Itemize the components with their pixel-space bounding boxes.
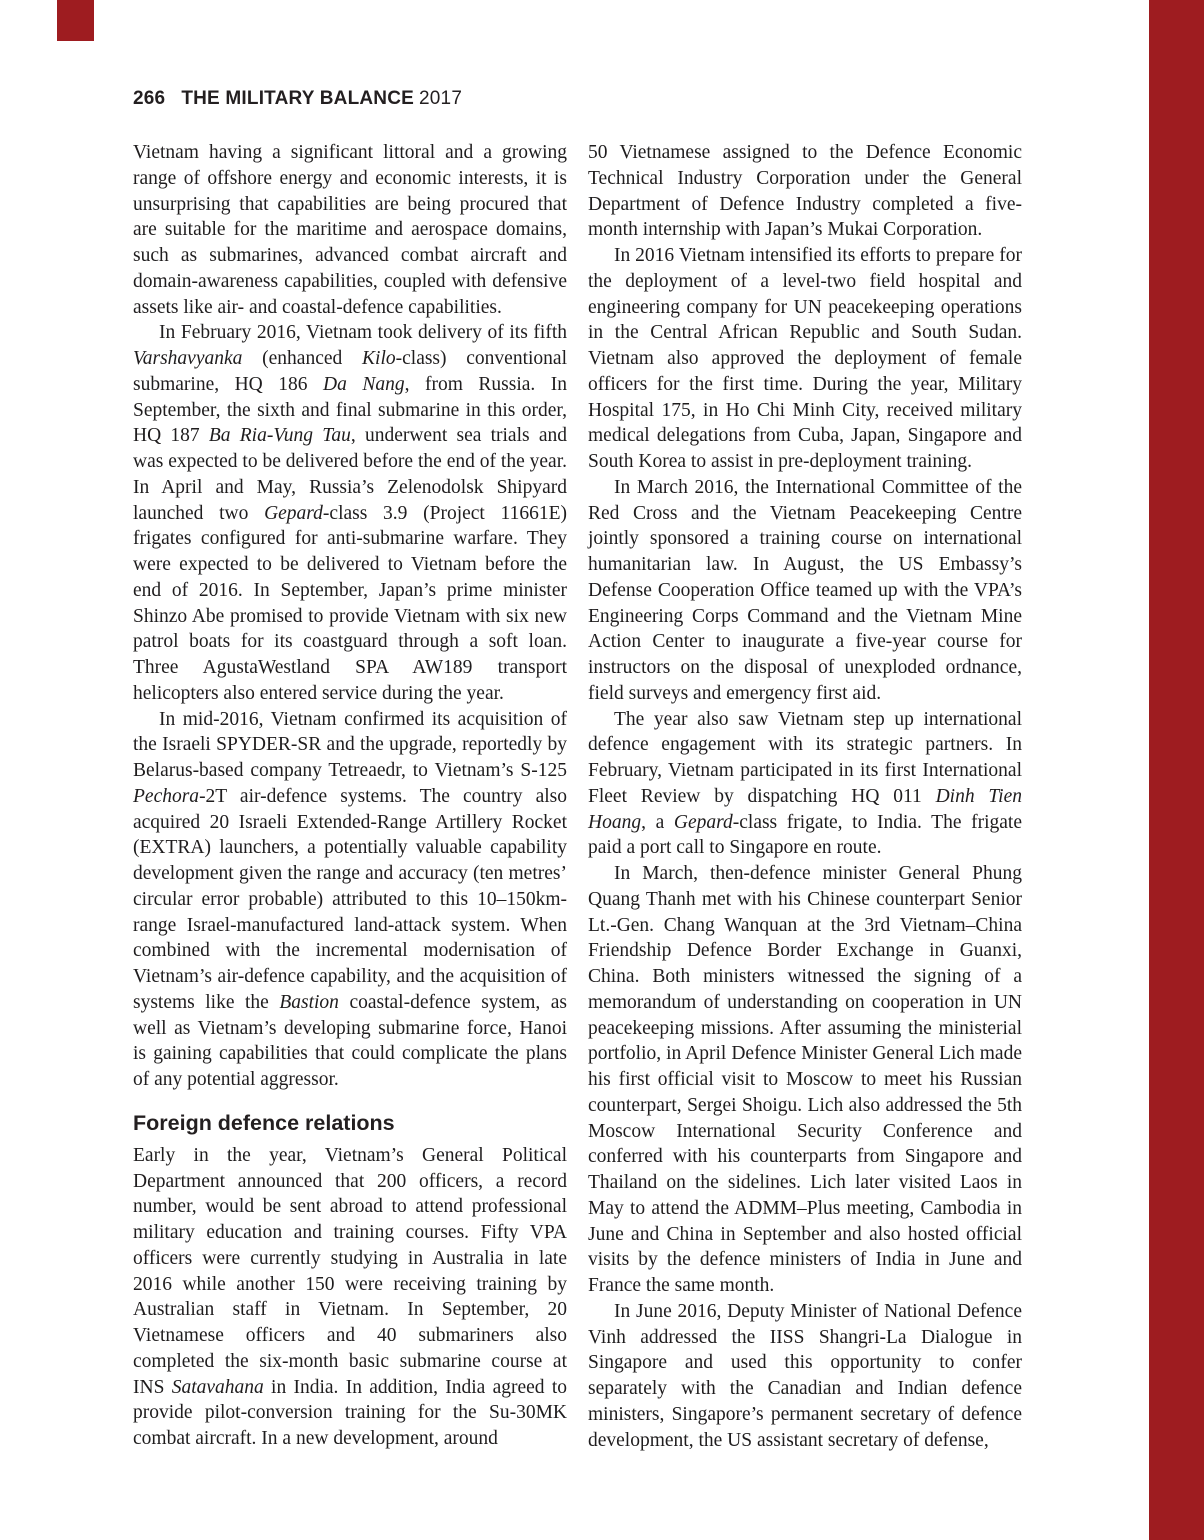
book-year: 2017 [419, 88, 462, 109]
running-header: 266THE MILITARY BALANCE2017 [133, 88, 462, 110]
paragraph: Vietnam having a significant littoral an… [133, 140, 567, 320]
book-page: 266THE MILITARY BALANCE2017 Vietnam havi… [0, 0, 1204, 1540]
paragraph: In mid-2016, Vietnam confirmed its acqui… [133, 707, 567, 1093]
paragraph: 50 Vietnamese assigned to the Defence Ec… [588, 140, 1022, 243]
paragraph: In February 2016, Vietnam took delivery … [133, 320, 567, 706]
left-column: Vietnam having a significant littoral an… [133, 140, 567, 1452]
book-title: THE MILITARY BALANCE [181, 88, 414, 109]
page-number: 266 [133, 88, 165, 109]
paragraph: In March, then-defence minister General … [588, 861, 1022, 1299]
paragraph: In March 2016, the International Committ… [588, 475, 1022, 707]
paragraph: In 2016 Vietnam intensified its efforts … [588, 243, 1022, 475]
paragraph: In June 2016, Deputy Minister of Nationa… [588, 1299, 1022, 1454]
chapter-edge-bar [1149, 0, 1204, 1540]
section-heading: Foreign defence relations [133, 1110, 567, 1136]
paragraph: The year also saw Vietnam step up intern… [588, 707, 1022, 862]
chapter-corner-tab [57, 0, 94, 41]
right-column: 50 Vietnamese assigned to the Defence Ec… [588, 140, 1022, 1453]
paragraph: Early in the year, Vietnam’s General Pol… [133, 1143, 567, 1452]
